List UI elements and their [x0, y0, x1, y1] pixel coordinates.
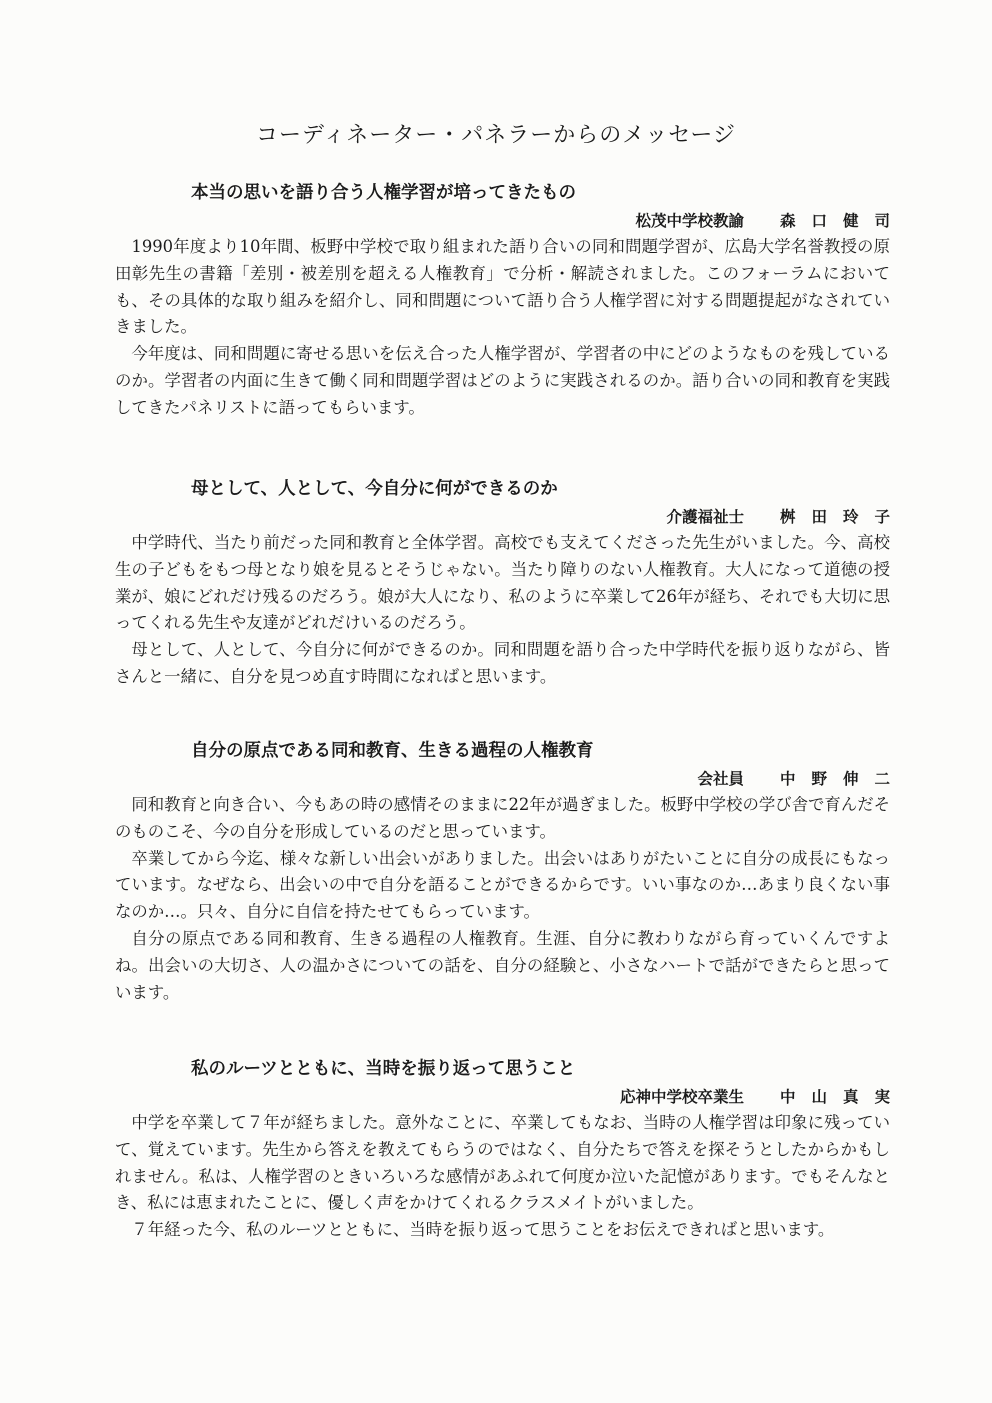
section-body: 同和教育と向き合い、今もあの時の感情そのままに22年が過ぎました。板野中学校の学… — [115, 792, 890, 1006]
byline: 松茂中学校教諭森口健司 — [115, 208, 890, 234]
paragraph: 1990年度より10年間、板野中学校で取り組まれた語り合いの同和問題学習が、広島… — [115, 234, 890, 341]
byline-role: 会社員 — [697, 770, 744, 788]
byline-name: 桝田玲子 — [780, 508, 906, 526]
message-section-nakano: 自分の原点である同和教育、生きる過程の人権教育 会社員中野伸二 同和教育と向き合… — [115, 736, 890, 1006]
paragraph: 母として、人として、今自分に何ができるのか。同和問題を語り合った中学時代を振り返… — [115, 637, 890, 691]
paragraph: ７年経った今、私のルーツとともに、当時を振り返って思うことをお伝えできればと思い… — [115, 1217, 890, 1244]
paragraph: 卒業してから今迄、様々な新しい出会いがありました。出会いはありがたいことに自分の… — [115, 846, 890, 926]
message-section-masuda: 母として、人として、今自分に何ができるのか 介護福祉士桝田玲子 中学時代、当たり… — [115, 474, 890, 691]
byline-role: 松茂中学校教諭 — [635, 212, 744, 230]
byline-name: 中山真実 — [780, 1088, 906, 1106]
section-body: 中学時代、当たり前だった同和教育と全体学習。高校でも支えてくださった先生がいまし… — [115, 530, 890, 691]
section-heading: 私のルーツとともに、当時を振り返って思うこと — [191, 1054, 890, 1084]
paragraph: 自分の原点である同和教育、生きる過程の人権教育。生涯、自分に教わりながら育ってい… — [115, 926, 890, 1006]
paragraph: 中学を卒業して７年が経ちました。意外なことに、卒業してもなお、当時の人権学習は印… — [115, 1110, 890, 1217]
section-heading: 母として、人として、今自分に何ができるのか — [191, 474, 890, 504]
paragraph: 今年度は、同和問題に寄せる思いを伝え合った人権学習が、学習者の中にどのようなもの… — [115, 341, 890, 421]
message-section-nakayama: 私のルーツとともに、当時を振り返って思うこと 応神中学校卒業生中山真実 中学を卒… — [115, 1054, 890, 1244]
byline-name: 森口健司 — [780, 212, 906, 230]
byline: 会社員中野伸二 — [115, 766, 890, 792]
byline-role: 応神中学校卒業生 — [620, 1088, 744, 1106]
section-body: 1990年度より10年間、板野中学校で取り組まれた語り合いの同和問題学習が、広島… — [115, 234, 890, 422]
paragraph: 中学時代、当たり前だった同和教育と全体学習。高校でも支えてくださった先生がいまし… — [115, 530, 890, 637]
byline: 介護福祉士桝田玲子 — [115, 504, 890, 530]
section-body: 中学を卒業して７年が経ちました。意外なことに、卒業してもなお、当時の人権学習は印… — [115, 1110, 890, 1244]
section-heading: 本当の思いを語り合う人権学習が培ってきたもの — [191, 178, 890, 208]
document-page: コーディネーター・パネラーからのメッセージ 本当の思いを語り合う人権学習が培って… — [0, 0, 992, 1403]
byline-name: 中野伸二 — [780, 770, 906, 788]
paragraph: 同和教育と向き合い、今もあの時の感情そのままに22年が過ぎました。板野中学校の学… — [115, 792, 890, 846]
byline: 応神中学校卒業生中山真実 — [115, 1084, 890, 1110]
byline-role: 介護福祉士 — [666, 508, 744, 526]
page-title: コーディネーター・パネラーからのメッセージ — [0, 118, 992, 149]
section-heading: 自分の原点である同和教育、生きる過程の人権教育 — [191, 736, 890, 766]
message-section-moriguchi: 本当の思いを語り合う人権学習が培ってきたもの 松茂中学校教諭森口健司 1990年… — [115, 178, 890, 422]
